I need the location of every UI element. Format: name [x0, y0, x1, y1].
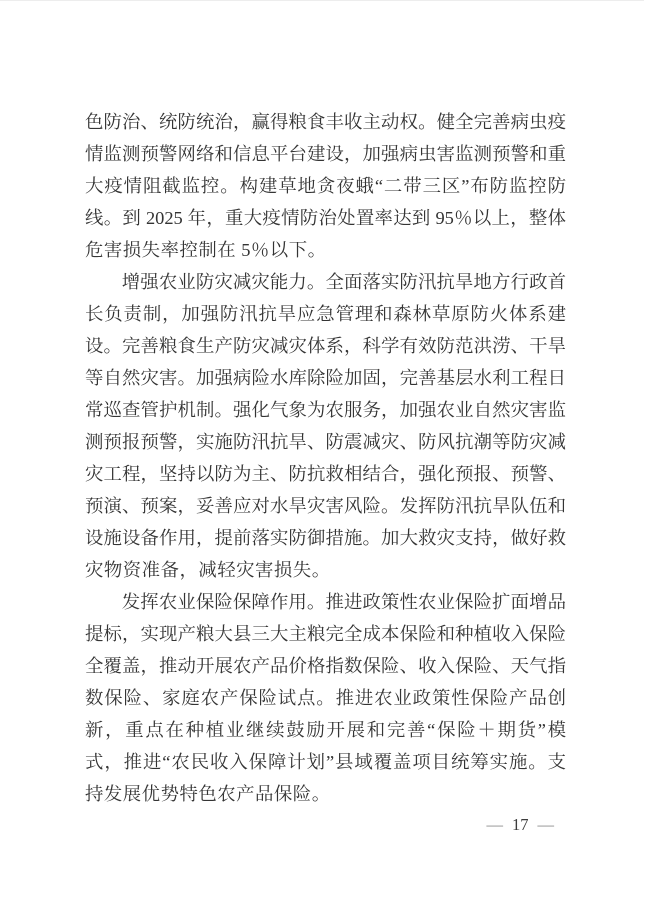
- body-line: 等自然灾害。加强病险水库除险加固，完善基层水利工程日: [85, 362, 566, 394]
- body-line: 情监测预警网络和信息平台建设，加强病虫害监测预警和重: [85, 138, 566, 170]
- body-line: 持发展优势特色农产品保险。: [85, 778, 566, 810]
- body-line: 设。完善粮食生产防灾减灾体系，科学有效防范洪涝、干旱: [85, 330, 566, 362]
- paragraph: 增强农业防灾减灾能力。全面落实防汛抗旱地方行政首 长负责制，加强防汛抗旱应急管理…: [85, 266, 566, 586]
- body-line: 预演、预案，妥善应对水旱灾害风险。发挥防汛抗旱队伍和: [85, 490, 566, 522]
- body-line: 设施设备作用，提前落实防御措施。加大救灾支持，做好救: [85, 522, 566, 554]
- body-line: 大疫情阻截监控。构建草地贪夜蛾“二带三区”布防监控防: [85, 170, 566, 202]
- document-page: 色防治、统防统治，赢得粮食丰收主动权。健全完善病虫疫 情监测预警网络和信息平台建…: [0, 0, 650, 919]
- body-line: 式，推进“农民收入保障计划”县域覆盖项目统筹实施。支: [85, 746, 566, 778]
- body-line: 灾物资准备，减轻灾害损失。: [85, 554, 566, 586]
- page-number-left-dash: —: [487, 815, 504, 834]
- text-block: 色防治、统防统治，赢得粮食丰收主动权。健全完善病虫疫 情监测预警网络和信息平台建…: [85, 106, 566, 810]
- paragraph: 色防治、统防统治，赢得粮食丰收主动权。健全完善病虫疫 情监测预警网络和信息平台建…: [85, 106, 566, 266]
- body-line: 测预报预警，实施防汛抗旱、防震减灾、防风抗潮等防灾减: [85, 426, 566, 458]
- body-line: 危害损失率控制在 5％以下。: [85, 234, 566, 266]
- body-line: 长负责制，加强防汛抗旱应急管理和森林草原防火体系建: [85, 298, 566, 330]
- body-line: 新，重点在种植业继续鼓励开展和完善“保险＋期货”模: [85, 714, 566, 746]
- body-line: 色防治、统防统治，赢得粮食丰收主动权。健全完善病虫疫: [85, 106, 566, 138]
- page-number-right-dash: —: [538, 815, 555, 834]
- body-line: 线。到 2025 年，重大疫情防治处置率达到 95％以上，整体: [85, 202, 566, 234]
- body-line: 增强农业防灾减灾能力。全面落实防汛抗旱地方行政首: [85, 266, 566, 298]
- body-line: 发挥农业保险保障作用。推进政策性农业保险扩面增品: [85, 586, 566, 618]
- body-line: 常巡查管护机制。强化气象为农服务，加强农业自然灾害监: [85, 394, 566, 426]
- body-line: 全覆盖，推动开展农产品价格指数保险、收入保险、天气指: [85, 650, 566, 682]
- scan-edge-line: [0, 0, 644, 1]
- page-number: —17—: [487, 813, 555, 837]
- paragraph: 发挥农业保险保障作用。推进政策性农业保险扩面增品 提标，实现产粮大县三大主粮完全…: [85, 586, 566, 810]
- page-number-value: 17: [512, 815, 529, 834]
- body-line: 提标，实现产粮大县三大主粮完全成本保险和种植收入保险: [85, 618, 566, 650]
- body-line: 灾工程，坚持以防为主、防抗救相结合，强化预报、预警、: [85, 458, 566, 490]
- body-line: 数保险、家庭农产保险试点。推进农业政策性保险产品创: [85, 682, 566, 714]
